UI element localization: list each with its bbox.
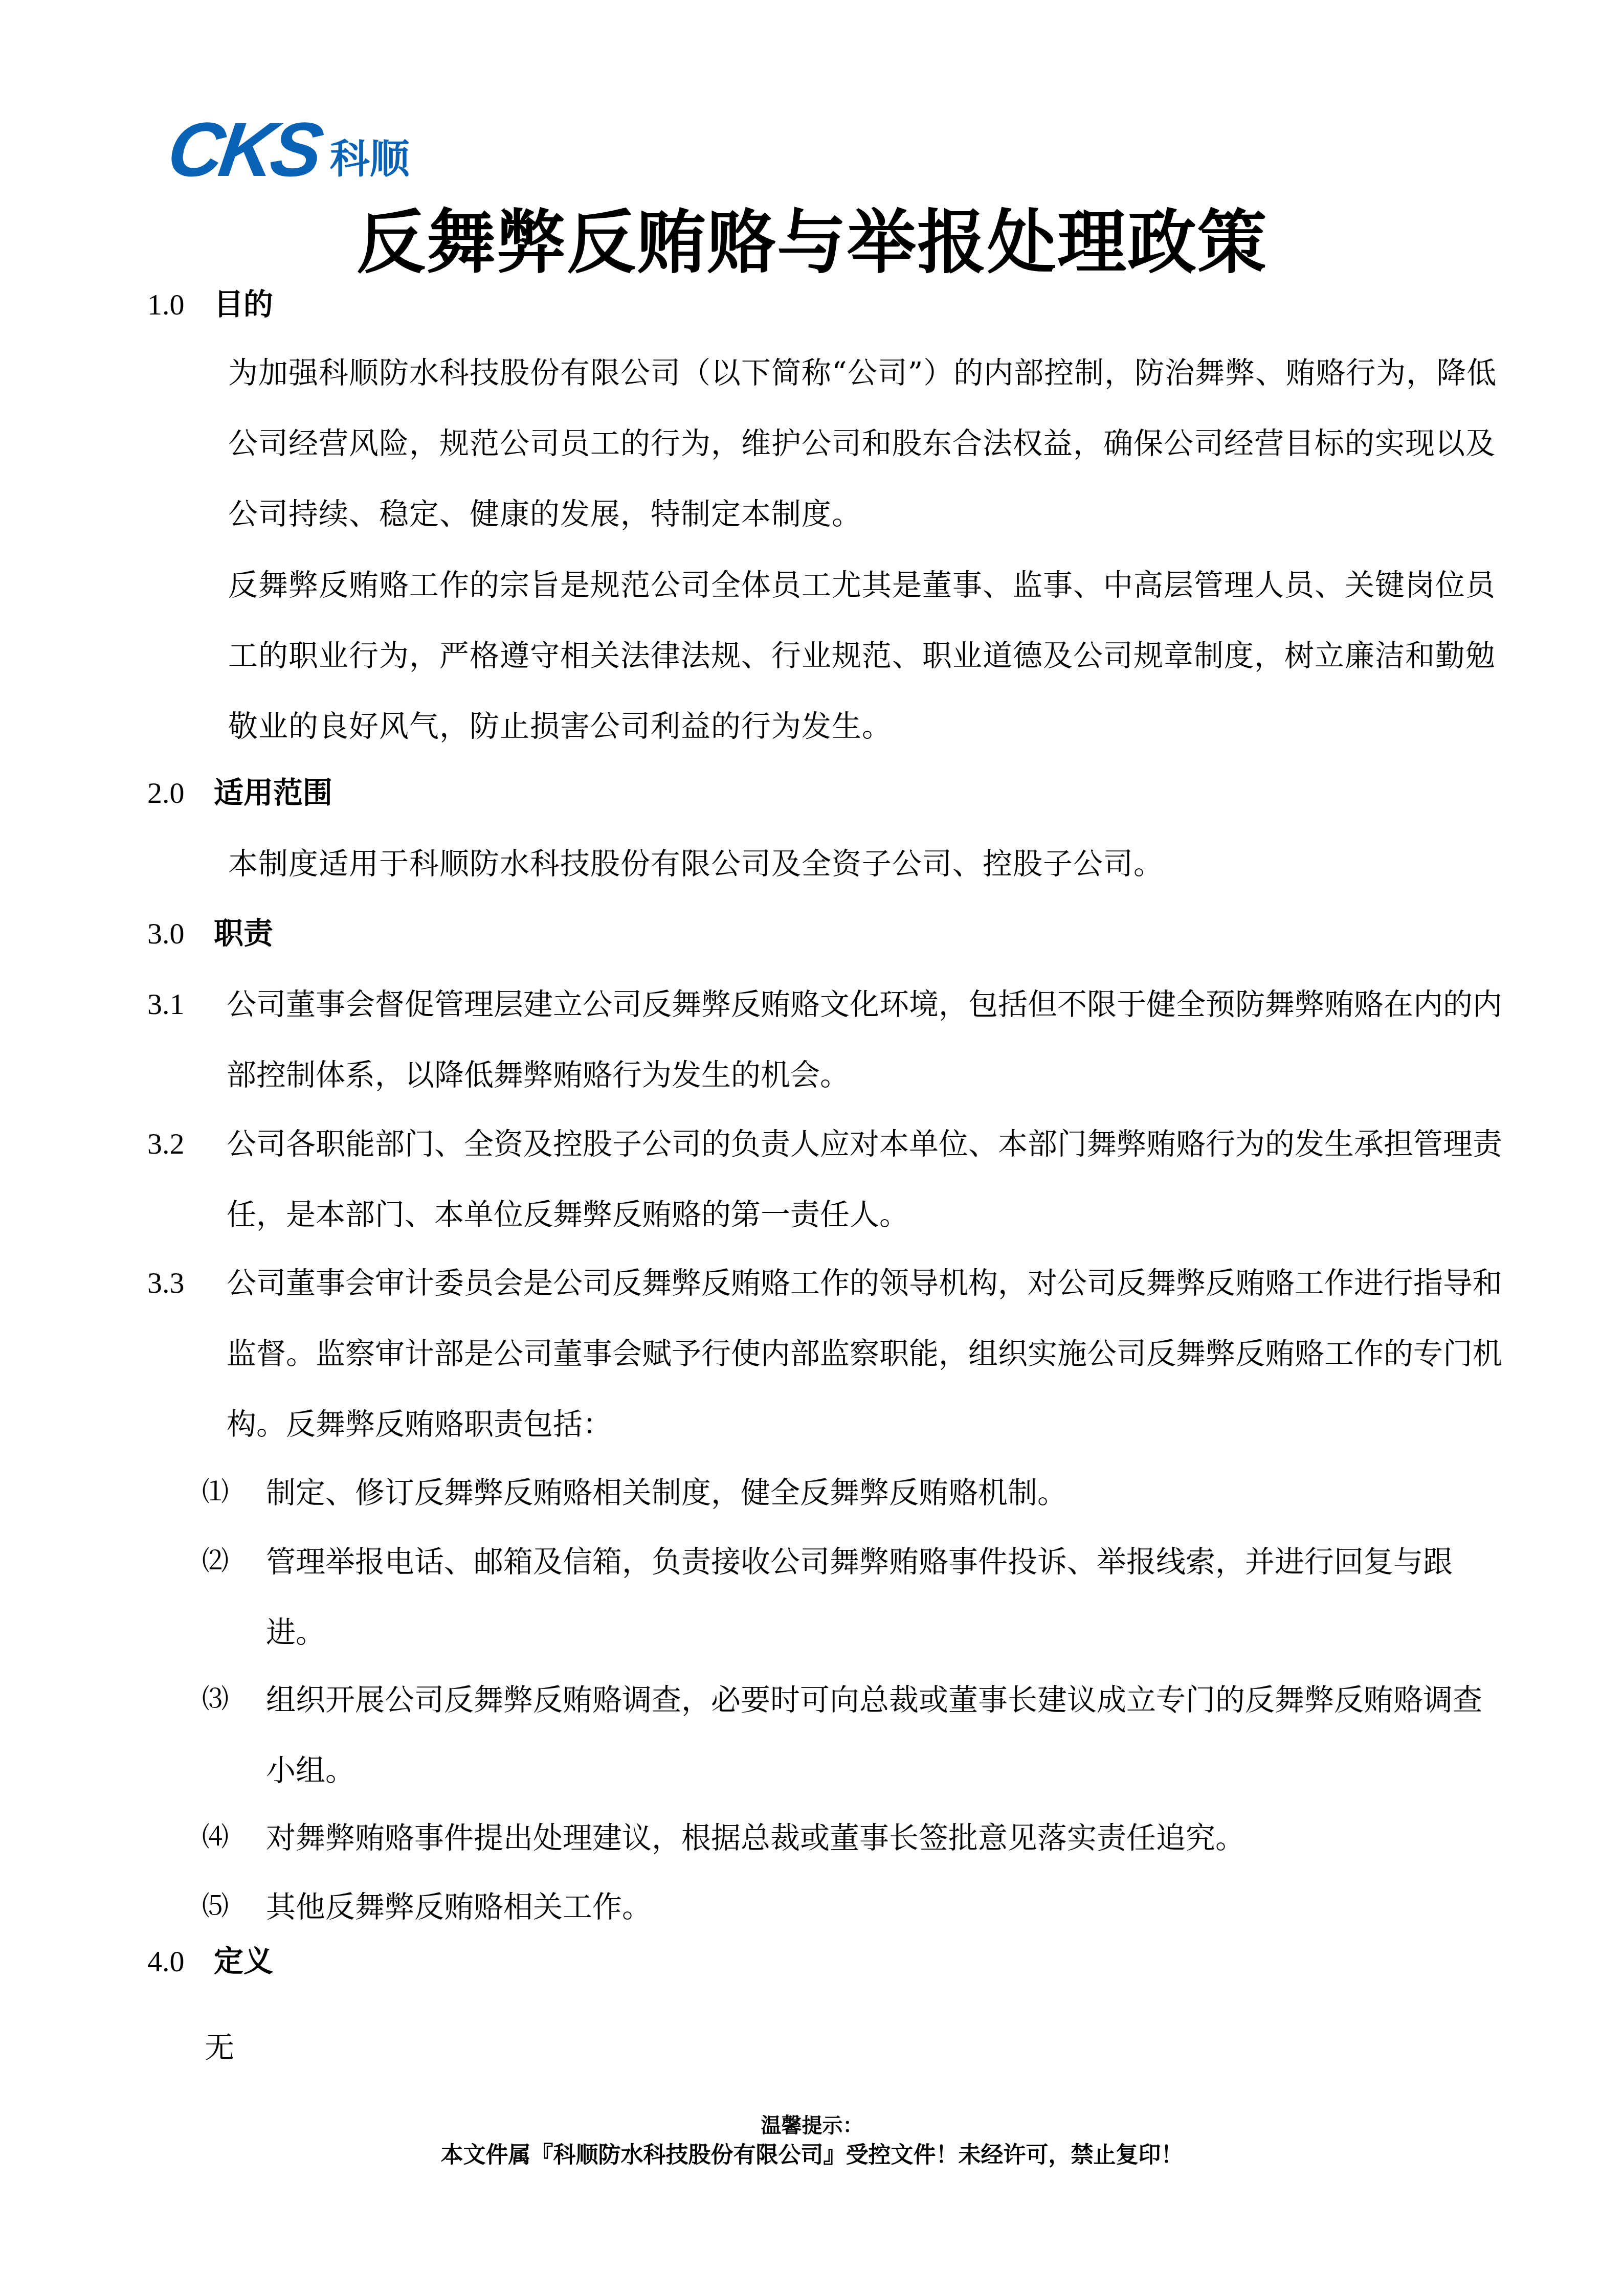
section-heading-scope: 2.0适用范围 [147,775,332,811]
section-title: 职责 [214,916,273,951]
paragraph-text: 反舞弊反贿赂工作的宗旨是规范公司全体员工尤其是董事、监事、中高层管理人员、关键岗… [163,550,1503,761]
subitem-number: ⑴ [202,1457,229,1528]
item-text: 公司董事会督促管理层建立公司反舞弊反贿赂文化环境，包括但不限于健全预防舞弊贿赂在… [147,969,1503,1110]
item-number: 3.1 [147,969,185,1040]
item-text: 公司各职能部门、全资及控股子公司的负责人应对本单位、本部门舞弊贿赂行为的发生承担… [147,1109,1503,1250]
item-text: 公司董事会审计委员会是公司反舞弊反贿赂工作的领导机构，对公司反舞弊反贿赂工作进行… [147,1248,1503,1459]
subitem-text: 制定、修订反舞弊反贿赂相关制度，健全反舞弊反贿赂机制。 [202,1457,1506,1528]
paragraph-definitions: 无 [205,2012,1545,2083]
section-heading-definitions: 4.0定义 [147,1943,273,1979]
paragraph-text: 无 [205,2030,235,2065]
footer-notice-title: 温馨提示： [0,2113,1624,2139]
duty-subitem-4: ⑷ 对舞弊贿赂事件提出处理建议，根据总裁或董事长签批意见落实责任追究。 [202,1803,1506,1873]
subitem-number: ⑸ [202,1872,229,1942]
duty-subitem-1: ⑴ 制定、修订反舞弊反贿赂相关制度，健全反舞弊反贿赂机制。 [202,1457,1506,1528]
responsibility-item-3-2: 3.2 公司各职能部门、全资及控股子公司的负责人应对本单位、本部门舞弊贿赂行为的… [147,1109,1503,1250]
section-number: 3.0 [147,916,214,952]
paragraph-purpose-1: 为加强科顺防水科技股份有限公司（以下简称“公司”）的内部控制，防治舞弊、贿赂行为… [163,337,1503,549]
section-heading-purpose: 1.0目的 [147,286,273,323]
document-title: 反舞弊反贿赂与举报处理政策 [0,202,1624,284]
subitem-number: ⑶ [202,1664,229,1735]
subitem-text: 管理举报电话、邮箱及信箱，负责接收公司舞弊贿赂事件投诉、举报线索，并进行回复与跟… [202,1526,1506,1668]
subitem-text: 对舞弊贿赂事件提出处理建议，根据总裁或董事长签批意见落实责任追究。 [202,1803,1506,1873]
item-number: 3.3 [147,1248,185,1318]
section-number: 4.0 [147,1944,214,1979]
responsibility-item-3-1: 3.1 公司董事会督促管理层建立公司反舞弊反贿赂文化环境，包括但不限于健全预防舞… [147,969,1503,1110]
section-title: 目的 [214,287,273,322]
duty-subitem-5: ⑸ 其他反舞弊反贿赂相关工作。 [202,1872,1506,1942]
subitem-text: 其他反舞弊反贿赂相关工作。 [202,1872,1506,1942]
responsibility-item-3-3: 3.3 公司董事会审计委员会是公司反舞弊反贿赂工作的领导机构，对公司反舞弊反贿赂… [147,1248,1503,1459]
paragraph-scope: 本制度适用于科顺防水科技股份有限公司及全资子公司、控股子公司。 [163,828,1503,899]
paragraph-text: 为加强科顺防水科技股份有限公司（以下简称“公司”）的内部控制，防治舞弊、贿赂行为… [163,337,1503,549]
logo-mark: CKS [164,114,323,185]
section-number: 2.0 [147,775,214,811]
subitem-number: ⑵ [202,1526,229,1597]
company-logo: CKS 科顺 [169,114,410,185]
subitem-number: ⑷ [202,1803,229,1873]
duty-subitem-2: ⑵ 管理举报电话、邮箱及信箱，负责接收公司舞弊贿赂事件投诉、举报线索，并进行回复… [202,1526,1506,1668]
item-number: 3.2 [147,1109,185,1179]
footer-notice-text: 本文件属『科顺防水科技股份有限公司』受控文件！未经许可，禁止复印！ [0,2140,1624,2171]
section-title: 定义 [214,1944,273,1978]
subitem-text: 组织开展公司反舞弊反贿赂调查，必要时可向总裁或董事长建议成立专门的反舞弊反贿赂调… [202,1664,1506,1806]
paragraph-text: 本制度适用于科顺防水科技股份有限公司及全资子公司、控股子公司。 [163,828,1503,899]
section-title: 适用范围 [214,775,332,810]
duty-subitem-3: ⑶ 组织开展公司反舞弊反贿赂调查，必要时可向总裁或董事长建议成立专门的反舞弊反贿… [202,1664,1506,1806]
logo-name: 科顺 [330,139,410,180]
paragraph-purpose-2: 反舞弊反贿赂工作的宗旨是规范公司全体员工尤其是董事、监事、中高层管理人员、关键岗… [163,550,1503,761]
section-heading-responsibilities: 3.0职责 [147,915,273,952]
section-number: 1.0 [147,287,214,323]
